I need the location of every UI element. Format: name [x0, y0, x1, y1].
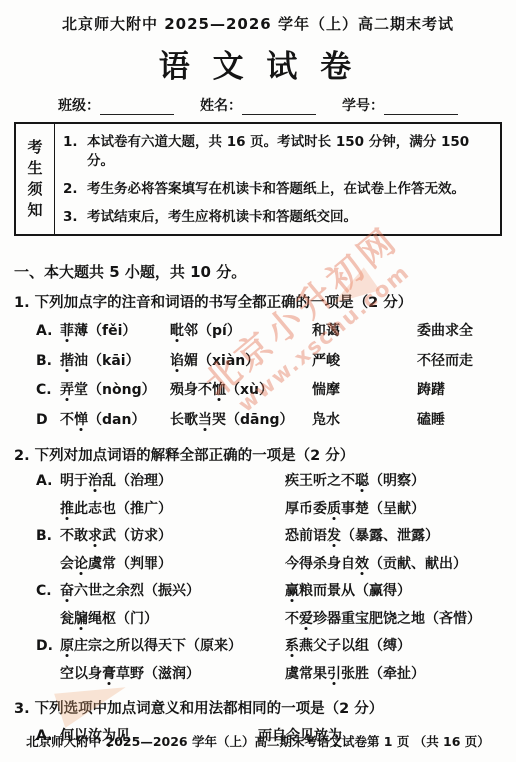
q2-option-d-label: D. [36, 633, 60, 661]
q1-option-d-label: D [36, 406, 60, 436]
q1-option-a-label: A. [36, 317, 60, 347]
q1-option-d-word1: 不惮（dan） [60, 412, 145, 428]
page-footer: 北京师大附中 2025—2026 学年（上）高二期末考语文试卷第 1 页 （共 … [0, 732, 516, 750]
notice-side-column: 考生须知 [16, 124, 55, 234]
q2-option-c-line1-left: C.奋六世之余烈（振兴） [36, 578, 285, 606]
q1-option-a-word1: 菲薄（fěi） [60, 323, 136, 339]
question-2-options: A.明于治乱（治理） 疾王听之不聪（明察） 推此志也（推广） 厚币委质事楚（呈献… [36, 468, 516, 688]
q2-option-b-line2-left: 会论虞常（判罪） [36, 551, 285, 579]
q1-option-b-word4: 不径而走 [417, 347, 516, 377]
paper-title: 语 文 试 卷 [0, 41, 516, 86]
notice-item-1: 1. 本试卷有六道大题，共 16 页。考试时长 150 分钟，满分 150 分。 [63, 133, 492, 171]
q1-option-b-word1: 揩油（kāi） [60, 353, 140, 369]
q2-option-a-label: A. [36, 468, 60, 496]
name-field-label: 姓名： [200, 95, 242, 115]
q1-option-c-col1: C.弄堂（nòng） [36, 376, 170, 406]
question-1-stem: 1. 下列加点字的注音和词语的书写全都正确的一项是（2 分） [14, 291, 502, 312]
q2-option-d-line2-left: 空以身膏草野（滋润） [36, 661, 285, 689]
school-exam-title: 北京师大附中 2025—2026 学年（上）高二期末考试 [0, 0, 516, 34]
student-id-field-label: 学号： [342, 95, 384, 115]
q2-d2-left-text: 空以身膏草野（滋润） [60, 666, 200, 682]
q2-d1-left-text: 原庄宗之所以得天下（原来） [60, 638, 242, 654]
q1-option-d-word4: 磕睡 [417, 406, 516, 436]
class-field-blank [100, 100, 174, 115]
section-1-heading: 一、本大题共 5 小题，共 10 分。 [14, 261, 502, 282]
q2-b1-left-text: 不敢求武（访求） [60, 528, 172, 544]
class-field: 班级： [58, 95, 174, 115]
q2-a1-right-text: 疾王听之不聪（明察） [285, 468, 516, 496]
notice-items: 1. 本试卷有六道大题，共 16 页。考试时长 150 分钟，满分 150 分。… [55, 124, 500, 234]
notice-item-1-num: 1. [63, 133, 87, 171]
q2-option-b-line1-left: B.不敢求武（访求） [36, 523, 285, 551]
q1-option-c-word1: 弄堂（nòng） [60, 382, 156, 398]
q2-a1-left-text: 明于治乱（治理） [60, 473, 172, 489]
notice-item-3-num: 3. [63, 208, 87, 227]
notice-item-2-num: 2. [63, 180, 87, 199]
q2-b2-left-text: 会论虞常（判罪） [60, 556, 172, 572]
q2-c2-left-text: 瓮牖绳枢（门） [60, 611, 158, 627]
q1-option-b-word2: 谄媚（xiàn） [170, 347, 312, 377]
question-3-stem: 3. 下列选项中加点词意义和用法都相同的一项是（2 分） [14, 697, 502, 718]
q2-d1-right-text: 系燕父子以组（缚） [285, 633, 516, 661]
q1-option-a-word2: 毗邻（pí） [170, 317, 312, 347]
q1-option-b-word3: 严峻 [312, 347, 417, 377]
student-info-row: 班级： 姓名： 学号： [0, 95, 516, 115]
notice-item-1-text: 本试卷有六道大题，共 16 页。考试时长 150 分钟，满分 150 分。 [87, 133, 492, 171]
notice-item-3-text: 考试结束后，考生应将机读卡和答题纸交回。 [87, 208, 357, 227]
exam-paper-page: 北京师大附中 2025—2026 学年（上）高二期末考试 语 文 试 卷 班级：… [0, 0, 516, 762]
q1-option-d-col1: D不惮（dan） [36, 406, 170, 436]
q1-option-c-label: C. [36, 376, 60, 406]
q1-option-d-word2: 长歌当哭（dāng） [170, 406, 312, 436]
q1-option-c-word2: 殒身不恤（xù） [170, 376, 312, 406]
q1-option-a-col1: A.菲薄（fěi） [36, 317, 170, 347]
q1-option-b-col1: B.揩油（kāi） [36, 347, 170, 377]
question-2-stem: 2. 下列对加点词语的解释全部正确的一项是（2 分） [14, 444, 502, 465]
q2-option-c-label: C. [36, 578, 60, 606]
q2-c1-right-text: 赢粮而景从（赢得） [285, 578, 516, 606]
q2-option-c-line2-left: 瓮牖绳枢（门） [36, 606, 285, 634]
q2-b2-right-text: 今得杀身自效（贡献、献出） [285, 551, 516, 579]
class-field-label: 班级： [58, 95, 100, 115]
student-id-field-blank [384, 100, 458, 115]
q2-option-a-line2-left: 推此志也（推广） [36, 496, 285, 524]
q2-a2-left-text: 推此志也（推广） [60, 501, 172, 517]
notice-item-3: 3. 考试结束后，考生应将机读卡和答题纸交回。 [63, 208, 492, 227]
question-1-options: A.菲薄（fěi） 毗邻（pí） 和蔼 委曲求全 B.揩油（kāi） 谄媚（xi… [36, 317, 516, 435]
q1-option-d-word3: 凫水 [312, 406, 417, 436]
q1-option-b-label: B. [36, 347, 60, 377]
notice-item-2: 2. 考生务必将答案填写在机读卡和答题纸上，在试卷上作答无效。 [63, 180, 492, 199]
q2-c2-right-text: 不爱珍器重宝肥饶之地（吝惜） [285, 606, 516, 634]
name-field-blank [242, 100, 316, 115]
examinee-notice-box: 考生须知 1. 本试卷有六道大题，共 16 页。考试时长 150 分钟，满分 1… [14, 122, 502, 236]
q2-option-d-line1-left: D.原庄宗之所以得天下（原来） [36, 633, 285, 661]
q1-option-a-word3: 和蔼 [312, 317, 417, 347]
q2-c1-left-text: 奋六世之余烈（振兴） [60, 583, 200, 599]
q2-b1-right-text: 恐前语发（暴露、泄露） [285, 523, 516, 551]
notice-side-label: 考生须知 [27, 137, 43, 221]
name-field: 姓名： [200, 95, 316, 115]
q1-option-c-word3: 惴摩 [312, 376, 417, 406]
q2-option-b-label: B. [36, 523, 60, 551]
q2-a2-right-text: 厚币委质事楚（呈献） [285, 496, 516, 524]
q2-d2-right-text: 虞常果引张胜（牵扯） [285, 661, 516, 689]
q1-option-c-word4: 踌躇 [417, 376, 516, 406]
student-id-field: 学号： [342, 95, 458, 115]
q2-option-a-line1-left: A.明于治乱（治理） [36, 468, 285, 496]
notice-item-2-text: 考生务必将答案填写在机读卡和答题纸上，在试卷上作答无效。 [87, 180, 465, 199]
q1-option-a-word4: 委曲求全 [417, 317, 516, 347]
